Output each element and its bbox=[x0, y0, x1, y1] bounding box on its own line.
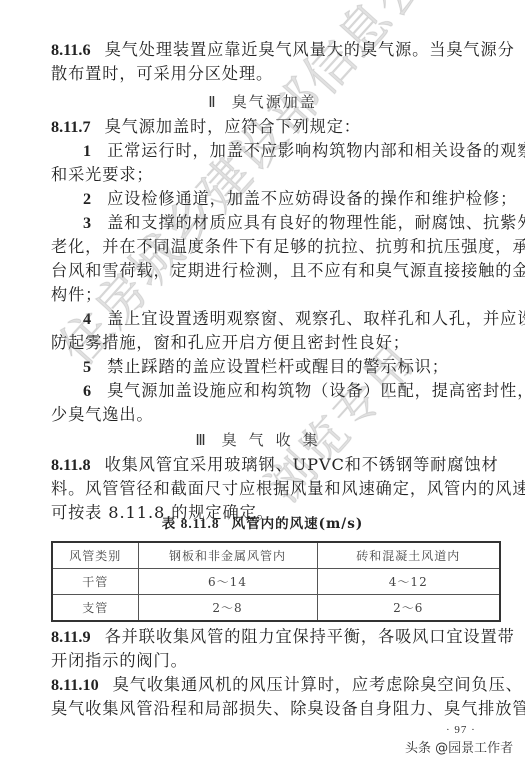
item-1-line-2: 和采光要求； bbox=[51, 165, 499, 185]
clause-8-11-7-line-1: 8.11.7臭气源加盖时，应符合下列规定： bbox=[51, 117, 499, 137]
header-cell: 砖和混凝土风道内 bbox=[317, 542, 500, 569]
item-4-line-1: 4盖上宜设置透明观察窗、观察孔、取样孔和人孔，并应设置 bbox=[83, 309, 499, 329]
item-number: 3 bbox=[83, 214, 91, 232]
item-6-line-2: 少臭气逸出。 bbox=[51, 405, 499, 425]
table-row: 干管 6～14 4～12 bbox=[52, 569, 500, 595]
clause-text: 臭气源加盖时，应符合下列规定： bbox=[105, 117, 361, 136]
clause-8-11-6-line-1: 8.11.6臭气处理装置应靠近臭气风量大的臭气源。当臭气源分 bbox=[51, 40, 499, 60]
section-title: 臭气源加盖 bbox=[232, 93, 317, 111]
item-3-line-4: 构件； bbox=[51, 285, 499, 305]
clause-8-11-8-line-2: 料。风管管径和截面尺寸应根据风量和风速确定，风管内的风速 bbox=[51, 479, 499, 499]
section-roman-numeral: Ⅲ bbox=[195, 433, 207, 449]
table-number: 表 8.11.8 bbox=[162, 516, 220, 531]
clause-8-11-9-line-1: 8.11.9各并联收集风管的阻力宜保持平衡，各吸风口宜设置带 bbox=[51, 627, 499, 647]
table-header-row: 风管类别 钢板和非金属风管内 砖和混凝土风道内 bbox=[52, 542, 500, 569]
clause-number: 8.11.8 bbox=[51, 456, 91, 474]
item-text: 盖上宜设置透明观察窗、观察孔、取样孔和人孔，并应设置 bbox=[107, 309, 525, 328]
clause-text: 臭气收集通风机的风压计算时，应考虑除臭空间负压、 bbox=[113, 675, 523, 694]
table-cell: 支管 bbox=[52, 595, 138, 622]
table-title: 风管内的风速(m/s) bbox=[232, 516, 364, 532]
page-number: · 97 · bbox=[446, 724, 476, 736]
item-3-line-1: 3盖和支撑的材质应具有良好的物理性能，耐腐蚀、抗紫外 bbox=[83, 213, 499, 233]
clause-8-11-10-line-1: 8.11.10臭气收集通风机的风压计算时，应考虑除臭空间负压、 bbox=[51, 675, 499, 695]
table-cell: 2～6 bbox=[317, 595, 500, 622]
document-page: 8.11.6臭气处理装置应靠近臭气风量大的臭气源。当臭气源分 散布置时，可采用分… bbox=[0, 0, 525, 763]
item-3-line-2: 老化，并在不同温度条件下有足够的抗拉、抗剪和抗压强度，承受 bbox=[51, 237, 499, 257]
item-4-line-2: 防起雾措施，窗和孔应开启方便且密封性良好； bbox=[51, 333, 499, 353]
clause-8-11-6-line-2: 散布置时，可采用分区处理。 bbox=[51, 64, 499, 84]
item-1-line-1: 1正常运行时，加盖不应影响构筑物内部和相关设备的观察 bbox=[83, 141, 499, 161]
item-number: 1 bbox=[83, 142, 91, 160]
item-number: 4 bbox=[83, 310, 91, 328]
item-number: 2 bbox=[83, 190, 91, 208]
wind-speed-table: 风管类别 钢板和非金属风管内 砖和混凝土风道内 干管 6～14 4～12 支管 … bbox=[51, 541, 501, 622]
clause-number: 8.11.7 bbox=[51, 118, 91, 136]
clause-number: 8.11.6 bbox=[51, 41, 91, 59]
table-cell: 2～8 bbox=[138, 595, 317, 622]
item-2-line-1: 2应设检修通道，加盖不应妨碍设备的操作和维护检修； bbox=[83, 189, 499, 209]
clause-text: 收集风管宜采用玻璃钢、UPVC和不锈钢等耐腐蚀材 bbox=[105, 455, 499, 474]
item-text: 臭气源加盖设施应和构筑物（设备）匹配，提高密封性，减 bbox=[107, 381, 525, 400]
item-text: 应设检修通道，加盖不应妨碍设备的操作和维护检修； bbox=[107, 189, 517, 208]
clause-number: 8.11.10 bbox=[51, 676, 99, 694]
section-heading-2: Ⅱ臭气源加盖 bbox=[0, 92, 525, 113]
section-heading-3: Ⅲ臭气收集 bbox=[0, 430, 525, 451]
clause-number: 8.11.9 bbox=[51, 628, 91, 646]
clause-8-11-9-line-2: 开闭指示的阀门。 bbox=[51, 651, 499, 671]
clause-text: 各并联收集风管的阻力宜保持平衡，各吸风口宜设置带 bbox=[105, 627, 515, 646]
header-cell: 风管类别 bbox=[52, 542, 138, 569]
item-5-line-1: 5禁止踩踏的盖应设置栏杆或醒目的警示标识； bbox=[83, 357, 499, 377]
item-6-line-1: 6臭气源加盖设施应和构筑物（设备）匹配，提高密封性，减 bbox=[83, 381, 499, 401]
clause-text: 臭气处理装置应靠近臭气风量大的臭气源。当臭气源分 bbox=[105, 40, 515, 59]
table-cell: 干管 bbox=[52, 569, 138, 595]
item-3-line-3: 台风和雪荷载，定期进行检测，且不应有和臭气源直接接触的金属 bbox=[51, 261, 499, 281]
source-credit: 头条 @园景工作者 bbox=[405, 737, 513, 756]
clause-8-11-10-line-2: 臭气收集风管沿程和局部损失、除臭设备自身阻力、臭气排放管风 bbox=[51, 699, 499, 719]
table-cell: 4～12 bbox=[317, 569, 500, 595]
section-roman-numeral: Ⅱ bbox=[208, 95, 217, 111]
item-text: 盖和支撑的材质应具有良好的物理性能，耐腐蚀、抗紫外 bbox=[107, 213, 525, 232]
header-cell: 钢板和非金属风管内 bbox=[138, 542, 317, 569]
table-caption: 表 8.11.8风管内的风速(m/s) bbox=[0, 515, 525, 533]
item-text: 禁止踩踏的盖应设置栏杆或醒目的警示标识； bbox=[107, 357, 449, 376]
item-number: 6 bbox=[83, 382, 91, 400]
section-title: 臭气收集 bbox=[222, 431, 330, 449]
item-text: 正常运行时，加盖不应影响构筑物内部和相关设备的观察 bbox=[107, 141, 525, 160]
item-number: 5 bbox=[83, 358, 91, 376]
table-cell: 6～14 bbox=[138, 569, 317, 595]
table-row: 支管 2～8 2～6 bbox=[52, 595, 500, 622]
clause-8-11-8-line-1: 8.11.8收集风管宜采用玻璃钢、UPVC和不锈钢等耐腐蚀材 bbox=[51, 455, 499, 475]
